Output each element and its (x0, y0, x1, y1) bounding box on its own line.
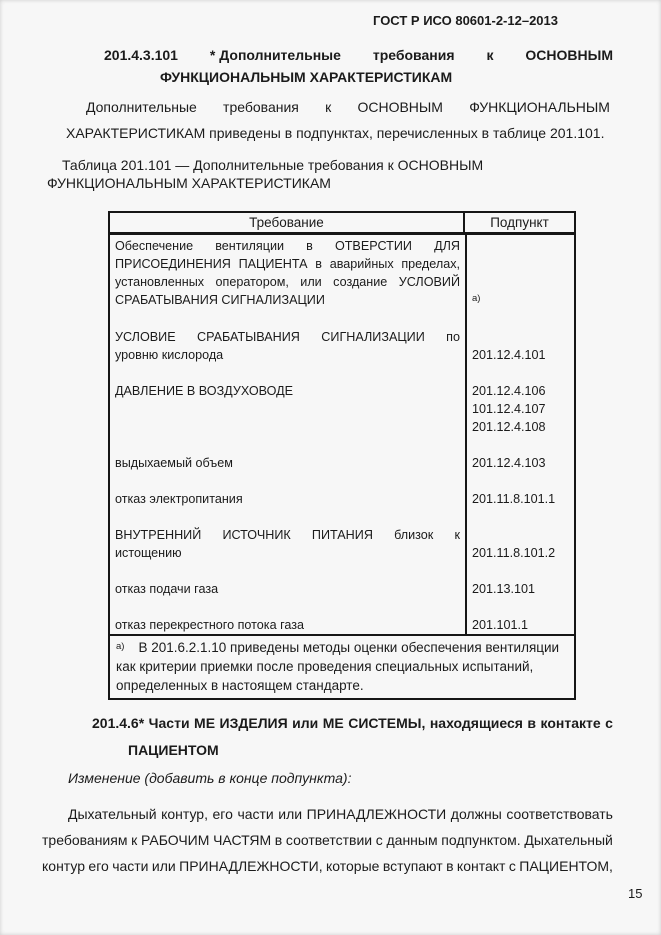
word: к (454, 526, 460, 544)
word: СИГНАЛИЗАЦИИ (321, 328, 424, 346)
footnote-marker: a) (116, 641, 124, 652)
requirement-line: СРАБАТЫВАНИЯ СИГНАЛИЗАЦИИ (115, 291, 460, 309)
table-row: ОбеспечениевентиляциивОТВЕРСТИИДЛЯПРИСОЕ… (110, 237, 574, 310)
requirement-cell: ВНУТРЕННИЙИСТОЧНИКПИТАНИЯблизоккистощени… (110, 526, 465, 562)
word: СРАБАТЫВАНИЯ (197, 328, 300, 346)
word: ПРИСОЕДИНЕНИЯ (115, 255, 231, 273)
word: данным (386, 832, 437, 848)
section2-paragraph-line3: контурегочастиилиПРИНАДЛЕЖНОСТИ,которыев… (42, 858, 613, 874)
word: его (213, 806, 233, 822)
word: установленных (115, 273, 204, 291)
table-caption-line2: ФУНКЦИОНАЛЬНЫМ ХАРАКТЕРИСТИКАМ (47, 175, 331, 191)
subclause-cell: a) (465, 237, 574, 310)
subclause-cell: 201.12.4.103 (465, 454, 574, 472)
requirement-line: ПРИСОЕДИНЕНИЯПАЦИЕНТАваварийныхпределах, (115, 255, 460, 273)
word: 201.4.3.101 (104, 47, 178, 63)
word: или (278, 806, 302, 822)
word: * Дополнительные (210, 47, 341, 63)
section1-paragraph-line1: ДополнительныетребованиякОСНОВНЫМФУНКЦИО… (86, 99, 610, 115)
word: в (315, 255, 322, 273)
word: в (446, 858, 453, 874)
requirement-line: выдыхаемый объем (115, 454, 460, 472)
section2-paragraph-line1: Дыхательныйконтур,егочастиилиПРИНАДЛЕЖНО… (68, 806, 613, 822)
word: к (325, 99, 331, 115)
word: создание (333, 273, 387, 291)
subclause-cell: 201.11.8.101.1 (465, 490, 574, 508)
subclause-cell: 201.11.8.101.2 (465, 526, 574, 562)
requirement-cell: ДАВЛЕНИЕ В ВОЗДУХОВОДЕ (110, 382, 465, 436)
running-header: ГОСТ Р ИСО 80601-2-12–2013 (373, 13, 558, 28)
requirement-line: отказ перекрестного потока газа (115, 616, 460, 634)
word: ПАЦИЕНТОМ, (519, 858, 613, 874)
row-gap (110, 508, 574, 526)
column-divider (465, 235, 467, 634)
word: Обеспечение (115, 237, 193, 255)
requirement-cell: отказ перекрестного потока газа (110, 616, 465, 634)
word: соответствовать (506, 806, 613, 822)
word: ПРИНАДЛЕЖНОСТИ, (179, 858, 322, 874)
table-body: ОбеспечениевентиляциивОТВЕРСТИИДЛЯПРИСОЕ… (110, 235, 574, 634)
word: ДЛЯ (434, 237, 460, 255)
word: ИЗДЕЛИЯ (220, 715, 288, 731)
word: пределах, (401, 255, 460, 273)
word: в (275, 832, 282, 848)
row-gap (110, 310, 574, 328)
table-row: ДАВЛЕНИЕ В ВОЗДУХОВОДЕ201.12.4.106101.12… (110, 382, 574, 436)
word: или (300, 273, 321, 291)
word: требования (373, 47, 455, 63)
word: РАБОЧИМ (141, 832, 209, 848)
table-row: ВНУТРЕННИЙИСТОЧНИКПИТАНИЯблизоккистощени… (110, 526, 574, 562)
spacer-line (472, 328, 574, 346)
word: ПАЦИЕНТА (239, 255, 308, 273)
table-row: выдыхаемый объем201.12.4.103 (110, 454, 574, 472)
requirement-line: ОбеспечениевентиляциивОТВЕРСТИИДЛЯ (115, 237, 460, 255)
word: в (527, 715, 536, 731)
requirements-table: Требование Подпункт Обеспечениевентиляци… (108, 211, 576, 700)
section1-heading-line1: 201.4.3.101* ДополнительныетребованиякОС… (104, 47, 613, 63)
word: Части (149, 715, 190, 731)
word: контакте (541, 715, 601, 731)
table-header-row: Требование Подпункт (110, 213, 574, 235)
row-gap (110, 436, 574, 454)
table-row: отказ электропитания201.11.8.101.1 (110, 490, 574, 508)
requirement-line: установленныхоператором,илисозданиеУСЛОВ… (115, 273, 460, 291)
word: с (605, 715, 613, 731)
word: контур, (161, 806, 208, 822)
requirement-cell: выдыхаемый объем (110, 454, 465, 472)
requirement-cell: ОбеспечениевентиляциивОТВЕРСТИИДЛЯПРИСОЕ… (110, 237, 465, 310)
requirement-line: отказ электропитания (115, 490, 460, 508)
word: по (446, 328, 460, 346)
table-row: отказ перекрестного потока газа201.101.1 (110, 616, 574, 634)
word: МЕ (194, 715, 215, 731)
word: 201.4.6* (92, 715, 144, 731)
word: требования (223, 99, 299, 115)
word: вступают (383, 858, 443, 874)
word: или (292, 715, 318, 731)
subclause-cell: 201.101.1 (465, 616, 574, 634)
word: МЕ (323, 715, 344, 731)
word: УСЛОВИЙ (399, 273, 460, 291)
section2-heading-line1: 201.4.6*ЧастиМЕИЗДЕЛИЯилиМЕСИСТЕМЫ,наход… (92, 715, 613, 731)
word: контакт (457, 858, 506, 874)
word: с (376, 832, 383, 848)
word: подпунктом. (441, 832, 520, 848)
word: ИСТОЧНИК (222, 526, 290, 544)
word: УСЛОВИЕ (115, 328, 176, 346)
requirement-cell: отказ подачи газа (110, 580, 465, 598)
row-gap (110, 598, 574, 616)
document-page: ГОСТ Р ИСО 80601-2-12–2013 201.4.3.101* … (0, 0, 661, 935)
word: части (237, 806, 273, 822)
word: соответствии (286, 832, 372, 848)
subclause-value: 201.12.4.101 (472, 346, 574, 364)
subclause-value: 201.12.4.108 (472, 418, 574, 436)
word: близок (394, 526, 433, 544)
subclause-value: 101.12.4.107 (472, 400, 574, 418)
table-row: отказ подачи газа201.13.101 (110, 580, 574, 598)
subclause-value: 201.101.1 (472, 616, 574, 634)
subclause-value: 201.13.101 (472, 580, 574, 598)
word: контур (42, 858, 85, 874)
requirement-line: ДАВЛЕНИЕ В ВОЗДУХОВОДЕ (115, 382, 460, 400)
word: СИСТЕМЫ, (348, 715, 425, 731)
footnote-line: определенных в настоящем стандарте. (116, 676, 568, 695)
word: в (306, 237, 313, 255)
footnote-text: В 201.6.2.1.10 приведены методы оценки о… (138, 640, 559, 655)
word: которые (326, 858, 379, 874)
subclause-value: 201.11.8.101.1 (472, 490, 574, 508)
spacer-line (472, 273, 574, 291)
requirement-line: УСЛОВИЕСРАБАТЫВАНИЯСИГНАЛИЗАЦИИпо (115, 328, 460, 346)
spacer-line (472, 526, 574, 544)
word: ВНУТРЕННИЙ (115, 526, 201, 544)
word: должны (451, 806, 502, 822)
word: ЧАСТЯМ (213, 832, 271, 848)
word: Дополнительные (86, 99, 197, 115)
word: к (131, 832, 137, 848)
subclause-value: 201.12.4.103 (472, 454, 574, 472)
word: Дыхательный (68, 806, 157, 822)
word: оператором, (216, 273, 289, 291)
word: ПРИНАДЛЕЖНОСТИ (307, 806, 447, 822)
table-row: УСЛОВИЕСРАБАТЫВАНИЯСИГНАЛИЗАЦИИпоуровню … (110, 328, 574, 364)
spacer-line (472, 255, 574, 273)
section2-paragraph-line2: требованиямкРАБОЧИМЧАСТЯМвсоответствиисд… (42, 832, 613, 848)
word: ФУНКЦИОНАЛЬНЫМ (469, 99, 610, 115)
requirement-line: ВНУТРЕННИЙИСТОЧНИКПИТАНИЯблизокк (115, 526, 460, 544)
word: с (509, 858, 516, 874)
word: Дыхательный (524, 832, 613, 848)
column-header-requirement: Требование (110, 213, 465, 232)
requirement-line: уровню кислорода (115, 346, 460, 364)
section2-heading-line2: ПАЦИЕНТОМ (128, 742, 219, 758)
column-header-subclause: Подпункт (465, 213, 574, 232)
word: ОТВЕРСТИИ (335, 237, 412, 255)
footnote-line: как критерии приемки после проведения сп… (116, 657, 568, 676)
subclause-cell: 201.13.101 (465, 580, 574, 598)
footnote-line: a)В 201.6.2.1.10 приведены методы оценки… (116, 638, 568, 657)
section1-heading-line2: ФУНКЦИОНАЛЬНЫМ ХАРАКТЕРИСТИКАМ (160, 69, 452, 85)
subclause-cell: 201.12.4.101 (465, 328, 574, 364)
word: части (112, 858, 148, 874)
footnote-reference: a) (472, 291, 574, 310)
word: к (486, 47, 493, 63)
requirement-line: отказ подачи газа (115, 580, 460, 598)
requirement-cell: отказ электропитания (110, 490, 465, 508)
spacer-line (472, 237, 574, 255)
word: ОСНОВНЫМ (357, 99, 443, 115)
page-number: 15 (628, 886, 642, 901)
word: ОСНОВНЫМ (525, 47, 613, 63)
row-gap (110, 472, 574, 490)
word: находящиеся (430, 715, 523, 731)
word: вентиляции (215, 237, 284, 255)
word: или (152, 858, 176, 874)
word: требованиям (42, 832, 127, 848)
requirement-line: истощению (115, 544, 460, 562)
row-gap (110, 364, 574, 382)
word: его (88, 858, 108, 874)
amendment-note: Изменение (добавить в конце подпункта): (68, 770, 352, 786)
subclause-cell: 201.12.4.106101.12.4.107201.12.4.108 (465, 382, 574, 436)
subclause-value: 201.11.8.101.2 (472, 544, 574, 562)
word: аварийных (330, 255, 394, 273)
subclause-value: 201.12.4.106 (472, 382, 574, 400)
table-caption-line1: Таблица 201.101 — Дополнительные требова… (62, 157, 483, 173)
section1-paragraph-line2: ХАРАКТЕРИСТИКАМ приведены в подпунктах, … (66, 125, 604, 141)
footnote-row: a)В 201.6.2.1.10 приведены методы оценки… (110, 634, 574, 698)
word: ПИТАНИЯ (312, 526, 373, 544)
row-gap (110, 562, 574, 580)
requirement-cell: УСЛОВИЕСРАБАТЫВАНИЯСИГНАЛИЗАЦИИпоуровню … (110, 328, 465, 364)
